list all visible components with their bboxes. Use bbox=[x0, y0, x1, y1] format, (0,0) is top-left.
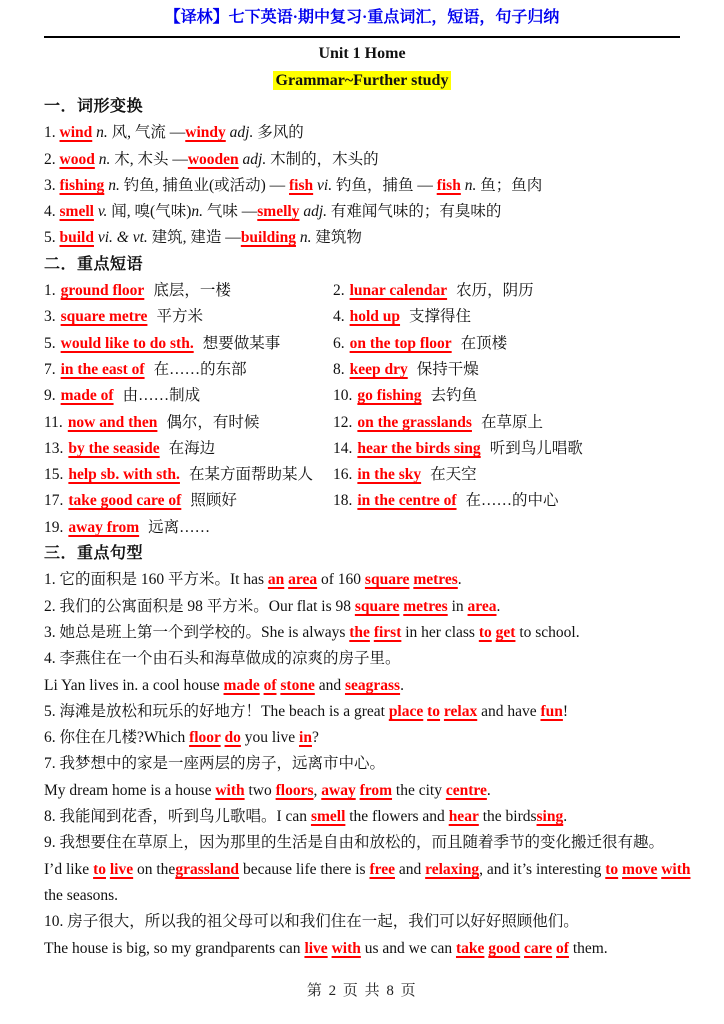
phrase-number: 11. bbox=[44, 414, 63, 431]
text-run: 木制的，木头的 bbox=[266, 151, 378, 168]
phrase-chinese: 在某方面帮助某人 bbox=[189, 466, 313, 483]
phrase-chinese: 偶尔，有时候 bbox=[166, 414, 259, 431]
key-word: relax bbox=[444, 703, 477, 720]
key-word: to bbox=[479, 624, 492, 641]
phrase-number: 1. bbox=[44, 282, 56, 299]
key-term: floor do bbox=[189, 729, 241, 746]
key-word: with bbox=[215, 782, 244, 799]
text-run: Li Yan lives in. a cool house bbox=[44, 677, 224, 694]
key-word: square bbox=[355, 598, 400, 615]
key-word: the bbox=[349, 624, 370, 641]
text-run: . bbox=[487, 782, 491, 799]
sentence-line-12: I’d like to live on thegrassland because… bbox=[44, 857, 680, 883]
key-term: square metres bbox=[365, 571, 458, 588]
phrase-english: away from bbox=[68, 519, 139, 536]
phrase-chinese: 听到鸟儿唱歌 bbox=[490, 440, 583, 457]
phrase-item-11: 11.now and then偶尔，有时候 bbox=[44, 410, 333, 436]
text-run: 3. 她总是班上第一个到学校的。She is always bbox=[44, 624, 349, 641]
text-run: 2. 我们的公寓面积是 98 平方米。Our flat is 98 bbox=[44, 598, 355, 615]
key-word: with bbox=[332, 940, 361, 957]
text-run: two bbox=[245, 782, 276, 799]
key-word: seagrass bbox=[345, 677, 400, 694]
text-run: 4. bbox=[44, 203, 60, 220]
key-word: hear bbox=[449, 808, 479, 825]
key-term: fish bbox=[437, 177, 461, 194]
phrase-english: keep dry bbox=[350, 361, 408, 378]
text-run: 9. 我想要住在草原上，因为那里的生活是自由和放松的，而且随着季节的变化搬迁很有… bbox=[44, 834, 664, 851]
wordform-item-4: 4. smell v. 闻, 嗅(气味)n. 气味 —smelly adj. 有… bbox=[44, 199, 680, 225]
phrase-item-1: 1.ground floor底层，一楼 bbox=[44, 278, 333, 304]
phrase-item-18: 18.in the centre of在……的中心 bbox=[333, 488, 680, 514]
unit-title: Unit 1 Home bbox=[44, 40, 680, 67]
key-term: windy bbox=[185, 124, 226, 141]
phrase-number: 5. bbox=[44, 335, 56, 352]
text-run: . bbox=[400, 677, 404, 694]
key-word: an bbox=[268, 571, 284, 588]
sentence-line-10: 8. 我能闻到花香，听到鸟儿歌唱。I can smell the flowers… bbox=[44, 804, 680, 830]
key-word: fun bbox=[540, 703, 562, 720]
document-header: 【译林】七下英语·期中复习·重点词汇，短语，句子归纳 bbox=[44, 4, 680, 31]
phrase-number: 18. bbox=[333, 492, 352, 509]
key-word: good bbox=[488, 940, 520, 957]
phrase-chinese: 农历，阴历 bbox=[456, 282, 534, 299]
text-run: us and we can bbox=[361, 940, 456, 957]
text-run: 钓鱼，捕鱼 — bbox=[332, 177, 437, 194]
key-word: area bbox=[288, 571, 317, 588]
text-run: to school. bbox=[515, 624, 579, 641]
text-run: I’d like bbox=[44, 861, 93, 878]
part-of-speech: n. bbox=[300, 229, 312, 246]
text-run: 多风的 bbox=[253, 124, 303, 141]
key-term: the first bbox=[349, 624, 401, 641]
phrase-item-15: 15.help sb. with sth.在某方面帮助某人 bbox=[44, 462, 333, 488]
subtitle-row: Grammar~Further study bbox=[44, 67, 680, 94]
sentence-line-15: The house is big, so my grandparents can… bbox=[44, 936, 680, 962]
phrase-english: take good care of bbox=[68, 492, 181, 509]
phrase-number: 16. bbox=[333, 466, 352, 483]
text-run: ? bbox=[312, 729, 319, 746]
key-term: grassland bbox=[175, 861, 239, 878]
key-term: build bbox=[60, 229, 94, 246]
key-term: away from bbox=[321, 782, 392, 799]
text-run: of 160 bbox=[317, 571, 365, 588]
phrase-item-7: 7.in the east of在……的东部 bbox=[44, 357, 333, 383]
key-word: to bbox=[93, 861, 106, 878]
key-term: an area bbox=[268, 571, 317, 588]
phrase-item-5: 5.would like to do sth.想要做某事 bbox=[44, 331, 333, 357]
phrase-number: 8. bbox=[333, 361, 345, 378]
section-heading-wordforms: 一．词形变换 bbox=[44, 94, 680, 120]
sentence-line-4: 4. 李燕住在一个由石头和海草做成的凉爽的房子里。 bbox=[44, 646, 680, 672]
phrase-english: now and then bbox=[68, 414, 158, 431]
phrase-chinese: 在……的东部 bbox=[154, 361, 247, 378]
phrase-item-2: 2.lunar calendar农历，阴历 bbox=[333, 278, 680, 304]
wordforms-list: 1. wind n. 风, 气流 —windy adj. 多风的2. wood … bbox=[44, 120, 680, 251]
sentence-line-14: 10. 房子很大，所以我的祖父母可以和我们住在一起，我们可以好好照顾他们。 bbox=[44, 909, 680, 935]
text-run: in her class bbox=[401, 624, 478, 641]
phrase-number: 10. bbox=[333, 387, 352, 404]
phrase-english: on the grasslands bbox=[357, 414, 472, 431]
key-word: fish bbox=[437, 177, 461, 194]
phrase-number: 15. bbox=[44, 466, 63, 483]
key-word: first bbox=[374, 624, 402, 641]
key-word: build bbox=[60, 229, 94, 246]
key-term: hear bbox=[449, 808, 479, 825]
phrase-number: 3. bbox=[44, 308, 56, 325]
text-run: ! bbox=[563, 703, 568, 720]
key-term: to live bbox=[93, 861, 133, 878]
phrase-number: 9. bbox=[44, 387, 56, 404]
key-word: free bbox=[369, 861, 395, 878]
key-term: centre bbox=[446, 782, 487, 799]
sentence-line-1: 1. 它的面积是 160 平方米。It has an area of 160 s… bbox=[44, 567, 680, 593]
text-run: 2. bbox=[44, 151, 60, 168]
part-of-speech: n. bbox=[99, 151, 111, 168]
phrase-chinese: 在顶楼 bbox=[461, 335, 508, 352]
wordform-item-1: 1. wind n. 风, 气流 —windy adj. 多风的 bbox=[44, 120, 680, 146]
phrase-item-13: 13.by the seaside在海边 bbox=[44, 436, 333, 462]
text-run: , and it’s interesting bbox=[479, 861, 605, 878]
section-heading-phrases: 二．重点短语 bbox=[44, 252, 680, 278]
phrase-english: help sb. with sth. bbox=[68, 466, 180, 483]
key-word: grassland bbox=[175, 861, 239, 878]
text-run: and bbox=[395, 861, 425, 878]
phrase-number: 14. bbox=[333, 440, 352, 457]
key-word: smell bbox=[60, 203, 94, 220]
part-of-speech: n. bbox=[191, 203, 203, 220]
key-term: smell bbox=[311, 808, 345, 825]
part-of-speech: v. bbox=[98, 203, 108, 220]
phrase-number: 2. bbox=[333, 282, 345, 299]
key-word: fishing bbox=[60, 177, 105, 194]
text-run: 建筑, 建造 — bbox=[148, 229, 241, 246]
key-word: place bbox=[389, 703, 423, 720]
key-word: sing bbox=[537, 808, 564, 825]
text-run: them. bbox=[569, 940, 608, 957]
phrase-chinese: 平方米 bbox=[156, 308, 203, 325]
sentence-line-11: 9. 我想要住在草原上，因为那里的生活是自由和放松的，而且随着季节的变化搬迁很有… bbox=[44, 830, 680, 856]
page-number: 第 2 页 共 8 页 bbox=[0, 979, 724, 1000]
phrase-chinese: 底层，一楼 bbox=[153, 282, 231, 299]
text-run: 3. bbox=[44, 177, 60, 194]
key-term: smell bbox=[60, 203, 94, 220]
text-run: 5. 海滩是放松和玩乐的好地方！The beach is a great bbox=[44, 703, 389, 720]
phrase-english: in the east of bbox=[61, 361, 145, 378]
text-run: the seasons. bbox=[44, 887, 118, 904]
key-term: seagrass bbox=[345, 677, 400, 694]
text-run: 风, 气流 — bbox=[108, 124, 186, 141]
wordform-item-5: 5. build vi. & vt. 建筑, 建造 —building n. 建… bbox=[44, 225, 680, 251]
key-word: live bbox=[304, 940, 327, 957]
phrase-number: 6. bbox=[333, 335, 345, 352]
phrase-item-8: 8.keep dry保持干燥 bbox=[333, 357, 680, 383]
wordform-item-3: 3. fishing n. 钓鱼, 捕鱼业(或活动) — fish vi. 钓鱼… bbox=[44, 173, 680, 199]
sentence-line-9: My dream home is a house with two floors… bbox=[44, 778, 680, 804]
phrase-english: lunar calendar bbox=[350, 282, 447, 299]
text-run: . bbox=[458, 571, 462, 588]
phrase-number: 17. bbox=[44, 492, 63, 509]
key-word: get bbox=[496, 624, 516, 641]
part-of-speech: n. bbox=[108, 177, 120, 194]
key-term: wood bbox=[60, 151, 95, 168]
part-of-speech: n. bbox=[465, 177, 477, 194]
phrase-chinese: 照顾好 bbox=[190, 492, 237, 509]
key-word: away bbox=[321, 782, 355, 799]
text-run: 4. 李燕住在一个由石头和海草做成的凉爽的房子里。 bbox=[44, 650, 401, 667]
key-word: made bbox=[224, 677, 260, 694]
part-of-speech: vi. & vt. bbox=[98, 229, 148, 246]
phrase-item-3: 3.square metre平方米 bbox=[44, 304, 333, 330]
sentence-line-3: 3. 她总是班上第一个到学校的。She is always the first … bbox=[44, 620, 680, 646]
text-run: the flowers and bbox=[345, 808, 448, 825]
phrase-english: by the seaside bbox=[68, 440, 159, 457]
sentence-line-6: 5. 海滩是放松和玩乐的好地方！The beach is a great pla… bbox=[44, 699, 680, 725]
key-term: area bbox=[468, 598, 497, 615]
key-term: in bbox=[299, 729, 312, 746]
header-divider bbox=[44, 36, 680, 38]
phrase-chinese: 在……的中心 bbox=[466, 492, 559, 509]
key-term: smelly bbox=[257, 203, 299, 220]
key-term: place to relax bbox=[389, 703, 477, 720]
phrase-number: 19. bbox=[44, 519, 63, 536]
key-term: with bbox=[215, 782, 244, 799]
phrase-item-9: 9.made of由……制成 bbox=[44, 383, 333, 409]
text-run: because life there is bbox=[239, 861, 369, 878]
part-of-speech: n. bbox=[96, 124, 108, 141]
phrase-number: 13. bbox=[44, 440, 63, 457]
key-term: fish bbox=[289, 177, 313, 194]
document-page: 【译林】七下英语·期中复习·重点词汇，短语，句子归纳 Unit 1 Home G… bbox=[0, 0, 724, 1024]
key-word: to bbox=[605, 861, 618, 878]
text-run: The house is big, so my grandparents can bbox=[44, 940, 304, 957]
text-run: and have bbox=[477, 703, 540, 720]
key-word: to bbox=[427, 703, 440, 720]
text-run: 7. 我梦想中的家是一座两层的房子，远离市中心。 bbox=[44, 755, 385, 772]
phrase-chinese: 支撑得住 bbox=[409, 308, 471, 325]
key-word: smelly bbox=[257, 203, 299, 220]
key-word: take bbox=[456, 940, 484, 957]
key-word: area bbox=[468, 598, 497, 615]
text-run: 6. 你住在几楼?Which bbox=[44, 729, 189, 746]
sentence-line-5: Li Yan lives in. a cool house made of st… bbox=[44, 673, 680, 699]
text-run: 1. bbox=[44, 124, 60, 141]
key-term: live with bbox=[304, 940, 360, 957]
phrase-chinese: 由……制成 bbox=[123, 387, 201, 404]
phrase-item-4: 4.hold up支撑得住 bbox=[333, 304, 680, 330]
key-word: metres bbox=[403, 598, 447, 615]
key-word: relaxing bbox=[425, 861, 479, 878]
key-word: with bbox=[661, 861, 690, 878]
text-run: the city bbox=[392, 782, 446, 799]
phrase-english: hold up bbox=[350, 308, 400, 325]
key-term: building bbox=[241, 229, 296, 246]
key-term: square metres bbox=[355, 598, 448, 615]
text-run: 闻, 嗅(气味) bbox=[107, 203, 191, 220]
key-word: wind bbox=[60, 124, 93, 141]
key-word: square bbox=[365, 571, 410, 588]
sentence-line-13: the seasons. bbox=[44, 883, 680, 909]
key-term: wooden bbox=[188, 151, 239, 168]
text-run: on the bbox=[133, 861, 175, 878]
key-word: centre bbox=[446, 782, 487, 799]
key-word: building bbox=[241, 229, 296, 246]
text-run: 5. bbox=[44, 229, 60, 246]
phrase-item-12: 12.on the grasslands在草原上 bbox=[333, 410, 680, 436]
key-term: free bbox=[369, 861, 395, 878]
text-run: and bbox=[315, 677, 345, 694]
phrase-item-17: 17.take good care of照顾好 bbox=[44, 488, 333, 514]
phrase-chinese: 想要做某事 bbox=[203, 335, 281, 352]
part-of-speech: adj. bbox=[230, 124, 254, 141]
key-term: sing bbox=[537, 808, 564, 825]
phrase-item-19: 19.away from远离…… bbox=[44, 515, 333, 541]
text-run: you live bbox=[241, 729, 299, 746]
text-run: 木, 木头 — bbox=[110, 151, 188, 168]
phrase-item-14: 14.hear the birds sing听到鸟儿唱歌 bbox=[333, 436, 680, 462]
key-word: move bbox=[622, 861, 657, 878]
sentence-line-8: 7. 我梦想中的家是一座两层的房子，远离市中心。 bbox=[44, 751, 680, 777]
key-term: made of stone bbox=[224, 677, 315, 694]
key-term: wind bbox=[60, 124, 93, 141]
key-term: take good care of bbox=[456, 940, 569, 957]
phrase-english: in the centre of bbox=[357, 492, 456, 509]
phrase-english: ground floor bbox=[61, 282, 145, 299]
phrases-grid: 1.ground floor底层，一楼2.lunar calendar农历，阴历… bbox=[44, 278, 680, 541]
section-heading-sentences: 三．重点句型 bbox=[44, 541, 680, 567]
phrase-english: made of bbox=[61, 387, 114, 404]
key-word: from bbox=[360, 782, 392, 799]
phrase-item-10: 10.go fishing去钓鱼 bbox=[333, 383, 680, 409]
text-run: 鱼；鱼肉 bbox=[476, 177, 542, 194]
text-run: in bbox=[448, 598, 468, 615]
sentence-line-2: 2. 我们的公寓面积是 98 平方米。Our flat is 98 square… bbox=[44, 594, 680, 620]
phrase-english: in the sky bbox=[357, 466, 421, 483]
key-word: stone bbox=[280, 677, 314, 694]
key-term: fishing bbox=[60, 177, 105, 194]
phrase-item-6: 6.on the top floor在顶楼 bbox=[333, 331, 680, 357]
key-word: wood bbox=[60, 151, 95, 168]
phrase-chinese: 在天空 bbox=[430, 466, 477, 483]
phrase-english: hear the birds sing bbox=[357, 440, 480, 457]
text-run: 有难闻气味的；有臭味的 bbox=[327, 203, 501, 220]
key-word: of bbox=[556, 940, 569, 957]
key-word: in bbox=[299, 729, 312, 746]
key-word: wooden bbox=[188, 151, 239, 168]
key-word: fish bbox=[289, 177, 313, 194]
key-word: do bbox=[225, 729, 241, 746]
part-of-speech: adj. bbox=[243, 151, 267, 168]
phrase-english: on the top floor bbox=[350, 335, 452, 352]
text-run: 8. 我能闻到花香，听到鸟儿歌唱。I can bbox=[44, 808, 311, 825]
phrase-chinese: 在海边 bbox=[169, 440, 216, 457]
part-of-speech: adj. bbox=[303, 203, 327, 220]
key-word: windy bbox=[185, 124, 226, 141]
text-run: 气味 — bbox=[203, 203, 257, 220]
phrase-chinese: 去钓鱼 bbox=[431, 387, 478, 404]
grammar-subtitle-highlight: Grammar~Further study bbox=[273, 71, 452, 90]
text-run: . bbox=[563, 808, 567, 825]
phrase-item-16: 16.in the sky在天空 bbox=[333, 462, 680, 488]
phrase-chinese: 远离…… bbox=[148, 519, 210, 536]
sentences-list: 1. 它的面积是 160 平方米。It has an area of 160 s… bbox=[44, 567, 680, 961]
key-term: to get bbox=[479, 624, 516, 641]
text-run: 10. 房子很大，所以我的祖父母可以和我们住在一起，我们可以好好照顾他们。 bbox=[44, 913, 579, 930]
key-word: care bbox=[524, 940, 552, 957]
phrase-number: 12. bbox=[333, 414, 352, 431]
phrase-chinese: 在草原上 bbox=[481, 414, 543, 431]
key-term: to move with bbox=[605, 861, 690, 878]
text-run: 建筑物 bbox=[311, 229, 361, 246]
key-term: fun bbox=[540, 703, 562, 720]
key-word: floor bbox=[189, 729, 221, 746]
text-run: . bbox=[497, 598, 501, 615]
phrase-english: square metre bbox=[61, 308, 148, 325]
part-of-speech: vi. bbox=[317, 177, 332, 194]
phrase-number: 7. bbox=[44, 361, 56, 378]
phrase-english: would like to do sth. bbox=[61, 335, 194, 352]
text-run: 钓鱼, 捕鱼业(或活动) — bbox=[120, 177, 289, 194]
phrase-english: go fishing bbox=[357, 387, 421, 404]
text-run: 1. 它的面积是 160 平方米。It has bbox=[44, 571, 268, 588]
key-word: of bbox=[264, 677, 277, 694]
key-word: metres bbox=[413, 571, 457, 588]
key-word: live bbox=[110, 861, 133, 878]
key-word: floors bbox=[276, 782, 314, 799]
phrase-chinese: 保持干燥 bbox=[417, 361, 479, 378]
key-word: smell bbox=[311, 808, 345, 825]
phrase-number: 4. bbox=[333, 308, 345, 325]
key-term: floors bbox=[276, 782, 314, 799]
sentence-line-7: 6. 你住在几楼?Which floor do you live in? bbox=[44, 725, 680, 751]
text-run: My dream home is a house bbox=[44, 782, 215, 799]
wordform-item-2: 2. wood n. 木, 木头 —wooden adj. 木制的，木头的 bbox=[44, 147, 680, 173]
key-term: relaxing bbox=[425, 861, 479, 878]
text-run: the birds bbox=[479, 808, 537, 825]
